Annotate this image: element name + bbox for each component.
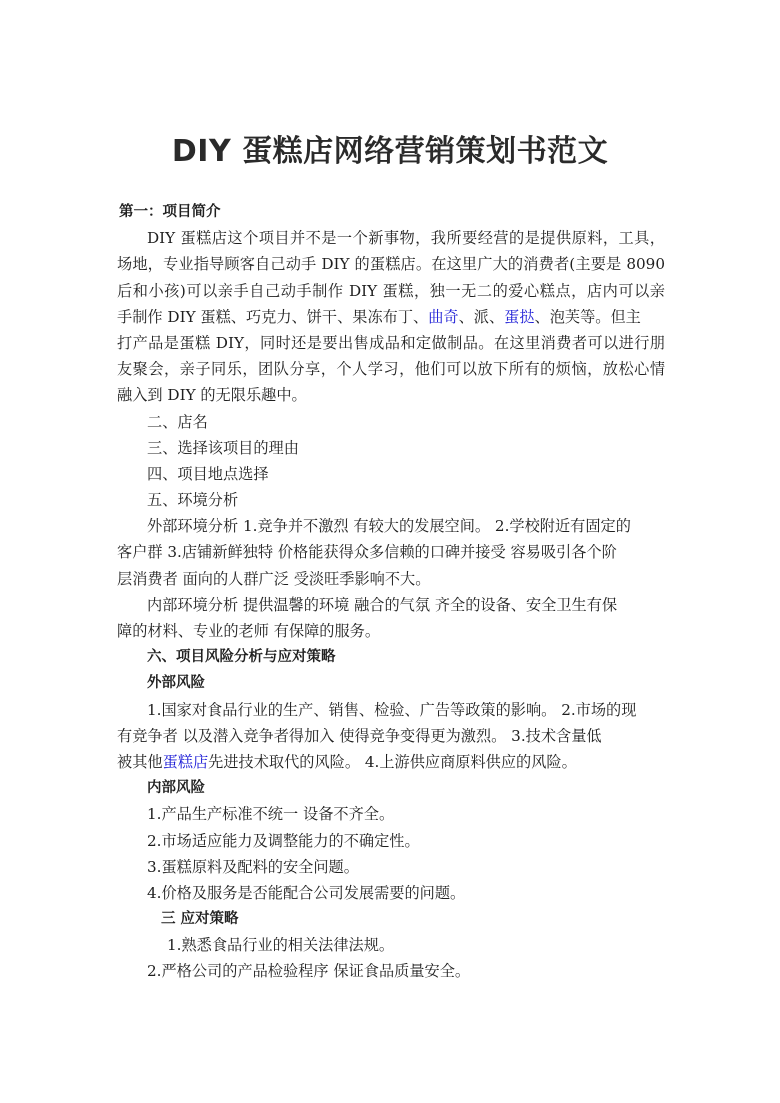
external-env-line-3: 层消费者 面向的人群广泛 受淡旺季影响不大。 — [117, 566, 665, 592]
strategy-heading: 三 应对策略 — [117, 906, 665, 932]
internal-env-line-1: 内部环境分析 提供温馨的环境 融合的气氛 齐全的设备、安全卫生有保 — [117, 592, 665, 618]
external-risk-line-3-text-b: 先进技术取代的风险。 4.上游供应商原料供应的风险。 — [208, 753, 577, 771]
intro-line-3: 后和小孩)可以亲手自己动手制作 DIY 蛋糕，独一无二的爱心糕点，店内可以亲 — [117, 278, 665, 304]
intro-line-4-text-b: 、派、 — [459, 308, 505, 326]
internal-risk-item-4: 4.价格及服务是否能配合公司发展需要的问题。 — [117, 880, 665, 906]
intro-line-4-text-c: 、泡芙等。但主 — [535, 308, 641, 326]
external-risk-heading: 外部风险 — [117, 670, 665, 696]
document-page: DIY 蛋糕店网络营销策划书范文 第一：项目简介 DIY 蛋糕店这个项目并不是一… — [0, 0, 780, 1103]
link-egg-tart[interactable]: 蛋挞 — [504, 308, 534, 326]
intro-line-4-text-a: 手制作 DIY 蛋糕、巧克力、饼干、果冻布丁、 — [117, 308, 428, 326]
section-heading-risk: 六、项目风险分析与应对策略 — [117, 644, 665, 670]
internal-risk-item-2: 2.市场适应能力及调整能力的不确定性。 — [117, 828, 665, 854]
external-env-line-1: 外部环境分析 1.竞争并不激烈 有较大的发展空间。 2.学校附近有固定的 — [117, 513, 665, 539]
external-risk-line-2: 有竞争者 以及潜入竞争者得加入 使得竞争变得更为激烈。 3.技术含量低 — [117, 723, 665, 749]
link-cake-shop[interactable]: 蛋糕店 — [163, 753, 209, 771]
external-risk-line-3-text-a: 被其他 — [117, 753, 163, 771]
intro-line-4: 手制作 DIY 蛋糕、巧克力、饼干、果冻布丁、曲奇、派、蛋挞、泡芙等。但主 — [117, 304, 665, 330]
internal-risk-item-3: 3.蛋糕原料及配料的安全问题。 — [117, 854, 665, 880]
section-heading-intro: 第一：项目简介 — [117, 199, 665, 225]
external-risk-line-1: 1.国家对食品行业的生产、销售、检验、广告等政策的影响。 2.市场的现 — [117, 697, 665, 723]
intro-line-1: DIY 蛋糕店这个项目并不是一个新事物，我所要经营的是提供原料，工具， — [117, 225, 665, 251]
intro-line-6: 友聚会，亲子同乐，团队分享，个人学习，他们可以放下所有的烦恼，放松心情 — [117, 356, 665, 382]
outline-item-location: 四、项目地点选择 — [117, 461, 665, 487]
external-env-line-2: 客户群 3.店铺新鲜独特 价格能获得众多信赖的口碑并接受 容易吸引各个阶 — [117, 539, 665, 565]
internal-risk-heading: 内部风险 — [117, 775, 665, 801]
document-title: DIY 蛋糕店网络营销策划书范文 — [0, 126, 780, 170]
internal-env-line-2: 障的材料、专业的老师 有保障的服务。 — [117, 618, 665, 644]
outline-item-reasons: 三、选择该项目的理由 — [117, 435, 665, 461]
strategy-item-2: 2.严格公司的产品检验程序 保证食品质量安全。 — [117, 958, 665, 984]
intro-line-5: 打产品是蛋糕 DIY，同时还是要出售成品和定做制品。在这里消费者可以进行朋 — [117, 330, 665, 356]
external-risk-line-3: 被其他蛋糕店先进技术取代的风险。 4.上游供应商原料供应的风险。 — [117, 749, 665, 775]
outline-item-environment: 五、环境分析 — [117, 487, 665, 513]
strategy-item-1: 1.熟悉食品行业的相关法律法规。 — [117, 932, 665, 958]
intro-line-7: 融入到 DIY 的无限乐趣中。 — [117, 382, 665, 408]
intro-line-2: 场地，专业指导顾客自己动手 DIY 的蛋糕店。在这里广大的消费者(主要是 809… — [117, 251, 665, 277]
link-cookie[interactable]: 曲奇 — [428, 308, 458, 326]
internal-risk-item-1: 1.产品生产标准不统一 设备不齐全。 — [117, 801, 665, 827]
outline-item-shop-name: 二、店名 — [117, 409, 665, 435]
document-body: 第一：项目简介 DIY 蛋糕店这个项目并不是一个新事物，我所要经营的是提供原料，… — [117, 199, 665, 985]
